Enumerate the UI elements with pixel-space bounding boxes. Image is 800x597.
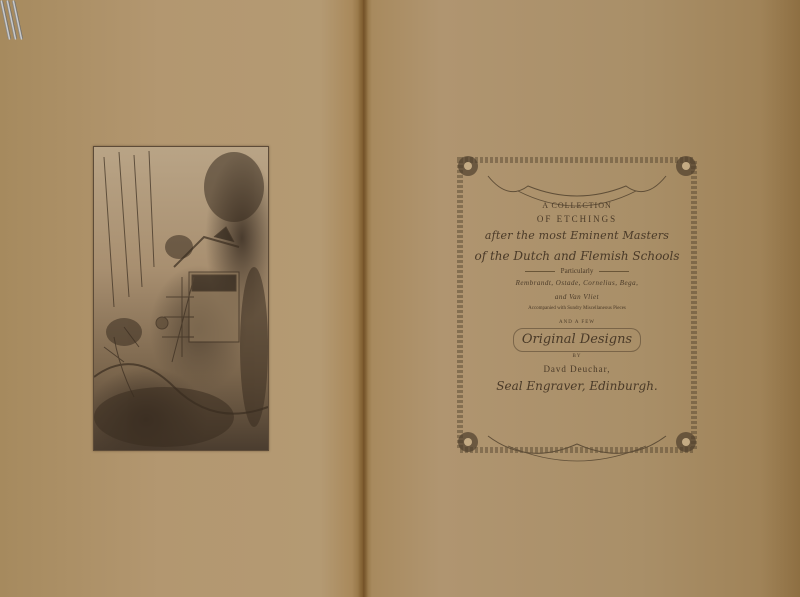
open-book: A COLLECTION OF ETCHINGS after the most … (0, 0, 800, 597)
title-line-etchings: OF ETCHINGS (456, 212, 698, 226)
title-line-particularly: Particularly (561, 266, 594, 276)
title-line-van-vliet: and Van Vliet (456, 290, 698, 304)
title-line-engraver: Seal Engraver, Edinburgh. (456, 376, 698, 396)
left-page (0, 0, 362, 597)
title-line-by: BY (456, 352, 698, 362)
title-line-collection: A COLLECTION (456, 200, 698, 212)
title-line-schools: of the Dutch and Flemish Schools (456, 246, 698, 266)
title-page-text: A COLLECTION OF ETCHINGS after the most … (456, 200, 698, 396)
title-line-accompanied: Accompanied with Sundry Miscellaneous Pi… (456, 304, 698, 314)
metal-clip (0, 0, 26, 44)
title-line-artists: Rembrandt, Ostade, Cornelius, Bega, (456, 276, 698, 290)
watermill-etching-icon (94, 147, 268, 450)
title-line-original-designs: Original Designs (513, 328, 641, 352)
etching-plate (93, 146, 269, 451)
title-line-author: Davd Deuchar, (456, 362, 698, 376)
title-line-masters: after the most Eminent Masters (456, 226, 698, 246)
title-line-and-a-few: AND A FEW (456, 318, 698, 328)
particularly-rule: Particularly (456, 266, 698, 276)
